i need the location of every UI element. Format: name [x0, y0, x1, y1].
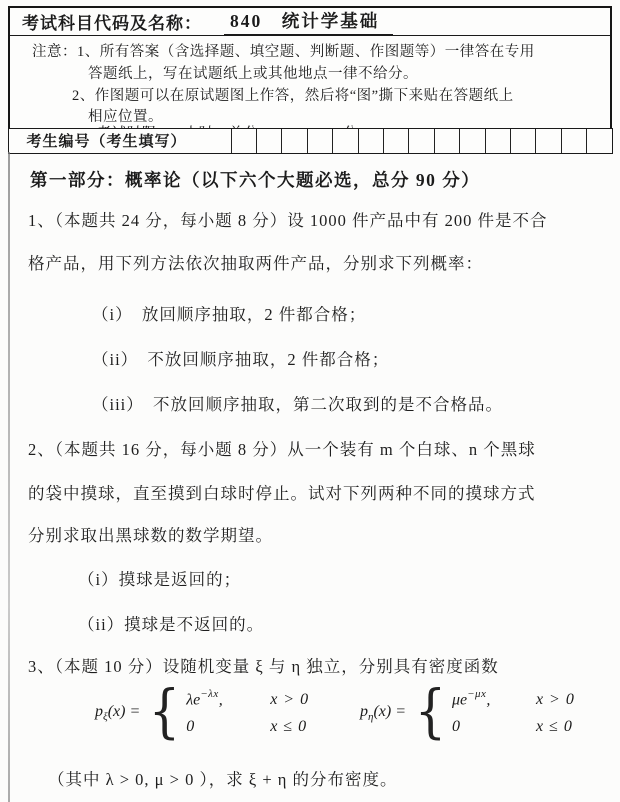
formula-xi-lhs: pξ(x) =	[95, 703, 140, 723]
question-2-line-3: 分别求取出黑球数的数学期望。	[28, 522, 273, 546]
formula-xi-case-1: λe−λx, x > 0	[186, 686, 309, 713]
formula-xi-case-2: 0 x ≤ 0	[186, 713, 309, 740]
formula-eta-cases: μe−μx, x > 0 0 x ≤ 0	[452, 686, 575, 740]
question-1-item-iii: （iii） 不放回顺序抽取，第二次取到的是不合格品。	[92, 391, 503, 415]
exam-subject-code-name: 840 统计学基础	[224, 8, 393, 35]
notice-line-2: 答题纸上，写在试题纸上或其他地点一律不给分。	[88, 62, 418, 83]
candidate-number-box	[586, 129, 611, 153]
density-formula-eta: pη(x) = { μe−μx, x > 0 0 x ≤ 0	[360, 684, 575, 742]
candidate-number-box	[535, 129, 560, 153]
exam-notice-section: 注意：1、所有答案（含选择题、填空题、判断题、作图题等）一律答在专用 答题纸上，…	[10, 36, 610, 126]
question-2-line-1: 2、（本题共 16 分，每小题 8 分）从一个装有 m 个白球、n 个黑球	[28, 436, 536, 460]
candidate-number-box	[281, 129, 306, 153]
candidate-number-box	[459, 129, 484, 153]
question-1-item-ii: （ii） 不放回顺序抽取，2 件都合格；	[92, 346, 389, 370]
candidate-number-box	[561, 129, 586, 153]
part-one-heading: 第一部分：概率论（以下六个大题必选，总分 90 分）	[30, 167, 480, 192]
exam-header-box: 考试科目代码及名称： 840 统计学基础 注意：1、所有答案（含选择题、填空题、…	[8, 6, 612, 153]
exam-title-row: 考试科目代码及名称： 840 统计学基础	[10, 8, 610, 36]
question-1-line-2: 格产品，用下列方法依次抽取两件产品，分别求下列概率：	[28, 250, 483, 274]
question-2-item-i: （i）摸球是返回的；	[78, 566, 241, 590]
candidate-number-box	[408, 129, 433, 153]
question-3-closing-line: （其中 λ > 0, μ > 0 ），求 ξ + η 的分布密度。	[48, 766, 398, 790]
curly-brace-icon: {	[149, 684, 180, 738]
candidate-number-boxes	[231, 129, 612, 153]
candidate-number-box	[383, 129, 408, 153]
formula-eta-case-1: μe−μx, x > 0	[452, 686, 575, 713]
formula-eta-lhs: pη(x) =	[360, 703, 406, 723]
curly-brace-icon: {	[415, 684, 446, 738]
candidate-number-box	[231, 129, 256, 153]
candidate-number-box	[332, 129, 357, 153]
question-1-line-1: 1、（本题共 24 分，每小题 8 分）设 1000 件产品中有 200 件是不…	[28, 207, 548, 231]
scan-page-edge	[8, 152, 10, 802]
candidate-number-box	[510, 129, 535, 153]
formula-xi-cases: λe−λx, x > 0 0 x ≤ 0	[186, 686, 309, 740]
candidate-number-box	[307, 129, 332, 153]
formula-eta-case-2: 0 x ≤ 0	[452, 713, 575, 740]
candidate-number-box	[485, 129, 510, 153]
question-2-line-2: 的袋中摸球，直至摸到白球时停止。试对下列两种不同的摸球方式	[28, 480, 536, 504]
notice-line-3: 2、作图题可以在原试题图上作答，然后将“图”撕下来贴在答题纸上	[72, 84, 514, 105]
exam-title-label: 考试科目代码及名称：	[22, 9, 202, 34]
question-3-line-1: 3、（本题 10 分）设随机变量 ξ 与 η 独立，分别具有密度函数	[28, 653, 499, 677]
question-1-item-i: （i） 放回顺序抽取，2 件都合格；	[92, 301, 366, 325]
candidate-number-box	[434, 129, 459, 153]
candidate-number-box	[358, 129, 383, 153]
question-2-item-ii: （ii）摸球是不返回的。	[78, 611, 264, 635]
candidate-number-row: 考生编号（考生填写）	[8, 128, 613, 154]
candidate-number-label: 考生编号（考生填写）	[9, 129, 231, 153]
candidate-number-box	[256, 129, 281, 153]
notice-line-1: 注意：1、所有答案（含选择题、填空题、判断题、作图题等）一律答在专用	[32, 40, 535, 61]
density-formula-xi: pξ(x) = { λe−λx, x > 0 0 x ≤ 0	[95, 684, 309, 742]
